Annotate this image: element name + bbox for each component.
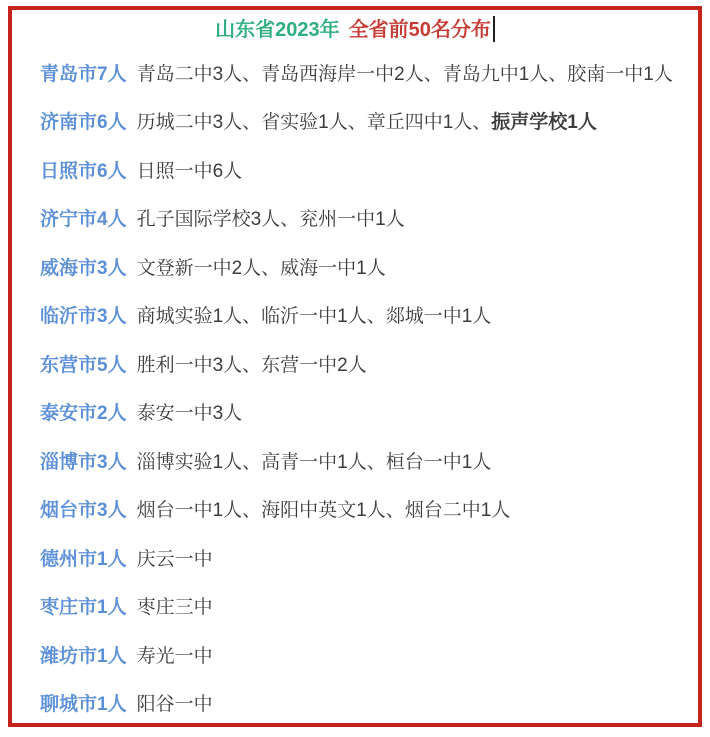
city-row: 聊城市1人 阳谷一中 (12, 679, 698, 728)
school-list-text: 日照一中6人 (137, 156, 243, 183)
school-list-text: 淄博实验1人、高青一中1人、桓台一中1人 (137, 447, 492, 474)
city-count-label: 德州市1人 (40, 544, 127, 571)
page-title: 山东省2023年全省前50名分布 (12, 14, 698, 46)
city-count-label: 泰安市2人 (40, 398, 127, 425)
title-year-part: 山东省2023年 (215, 19, 340, 41)
school-list-normal: 淄博实验1人、高青一中1人、桓台一中1人 (137, 452, 492, 473)
city-row: 烟台市3人 烟台一中1人、海阳中英文1人、烟台二中1人 (12, 485, 698, 534)
school-list-normal: 日照一中6人 (137, 161, 243, 182)
school-list-text: 文登新一中2人、威海一中1人 (137, 253, 386, 280)
school-list-normal: 寿光一中 (137, 646, 213, 667)
school-list-normal: 庆云一中 (137, 549, 213, 570)
title-subject-part: 全省前50名分布 (349, 19, 491, 41)
city-count-label: 淄博市3人 (40, 447, 127, 474)
school-list-normal: 枣庄三中 (137, 597, 213, 618)
city-row: 临沂市3人 商城实验1人、临沂一中1人、郯城一中1人 (12, 291, 698, 340)
school-list-normal: 历城二中3人、省实验1人、章丘四中1人、 (137, 112, 492, 133)
city-count-label: 青岛市7人 (40, 59, 127, 86)
document-editor-surface[interactable]: 山东省2023年全省前50名分布 青岛市7人 青岛二中3人、青岛西海岸一中2人、… (8, 6, 702, 727)
rows: 青岛市7人 青岛二中3人、青岛西海岸一中2人、青岛九中1人、胶南一中1人 济南市… (12, 48, 698, 727)
school-list-text: 烟台一中1人、海阳中英文1人、烟台二中1人 (137, 495, 511, 522)
school-list-text: 庆云一中 (137, 544, 213, 571)
city-count-label: 枣庄市1人 (40, 592, 127, 619)
school-list-text: 商城实验1人、临沂一中1人、郯城一中1人 (137, 301, 492, 328)
school-list-normal: 阳谷一中 (137, 694, 213, 715)
city-row: 泰安市2人 泰安一中3人 (12, 388, 698, 437)
city-count-label: 济宁市4人 (40, 204, 127, 231)
city-row: 青岛市7人 青岛二中3人、青岛西海岸一中2人、青岛九中1人、胶南一中1人 (12, 48, 698, 97)
school-list-text: 泰安一中3人 (137, 398, 243, 425)
school-list-text: 青岛二中3人、青岛西海岸一中2人、青岛九中1人、胶南一中1人 (137, 59, 673, 86)
school-list-normal: 文登新一中2人、威海一中1人 (137, 258, 386, 279)
school-list-text: 胜利一中3人、东营一中2人 (137, 350, 367, 377)
city-row: 济宁市4人 孔子国际学校3人、兖州一中1人 (12, 194, 698, 243)
city-row: 济南市6人 历城二中3人、省实验1人、章丘四中1人、振声学校1人 (12, 97, 698, 146)
text-cursor (493, 16, 495, 42)
city-count-label: 烟台市3人 (40, 495, 127, 522)
school-list-normal: 胜利一中3人、东营一中2人 (137, 355, 367, 376)
city-count-label: 日照市6人 (40, 156, 127, 183)
city-row: 东营市5人 胜利一中3人、东营一中2人 (12, 339, 698, 388)
city-row: 淄博市3人 淄博实验1人、高青一中1人、桓台一中1人 (12, 436, 698, 485)
school-list-normal: 烟台一中1人、海阳中英文1人、烟台二中1人 (137, 500, 511, 521)
school-list-normal: 商城实验1人、临沂一中1人、郯城一中1人 (137, 306, 492, 327)
city-count-label: 聊城市1人 (40, 689, 127, 716)
city-row: 潍坊市1人 寿光一中 (12, 630, 698, 679)
school-list-text: 孔子国际学校3人、兖州一中1人 (137, 204, 405, 231)
school-list-text: 枣庄三中 (137, 592, 213, 619)
city-row: 日照市6人 日照一中6人 (12, 145, 698, 194)
city-row: 德州市1人 庆云一中 (12, 533, 698, 582)
city-count-label: 东营市5人 (40, 350, 127, 377)
city-count-label: 济南市6人 (40, 107, 127, 134)
city-count-label: 潍坊市1人 (40, 641, 127, 668)
city-row: 威海市3人 文登新一中2人、威海一中1人 (12, 242, 698, 291)
school-list-bold: 振声学校1人 (491, 112, 597, 133)
school-list-text: 寿光一中 (137, 641, 213, 668)
school-list-text: 历城二中3人、省实验1人、章丘四中1人、振声学校1人 (137, 107, 597, 134)
school-list-normal: 青岛二中3人、青岛西海岸一中2人、青岛九中1人、胶南一中1人 (137, 64, 673, 85)
school-list-text: 阳谷一中 (137, 689, 213, 716)
school-list-normal: 孔子国际学校3人、兖州一中1人 (137, 209, 405, 230)
city-row: 枣庄市1人 枣庄三中 (12, 582, 698, 631)
city-count-label: 威海市3人 (40, 253, 127, 280)
city-count-label: 临沂市3人 (40, 301, 127, 328)
school-list-normal: 泰安一中3人 (137, 403, 243, 424)
